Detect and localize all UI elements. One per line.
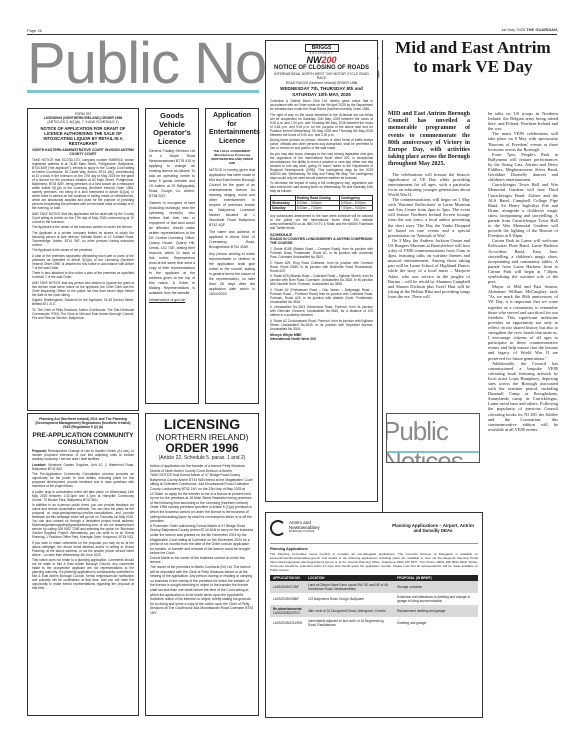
table-row: Saturday 9.00am – 7.00pm 7.00pm – 9.00pm (271, 206, 373, 211)
masthead: 1st May 2025 THE GUARDIAN, (501, 27, 558, 32)
application-number: LA03/2025/0211/RM (270, 617, 305, 629)
paragraph: On 3 May, the Andrew Jackson Centre and … (388, 238, 470, 299)
publication-name: THE GUARDIAN, (526, 27, 558, 32)
paragraph: Carrickfergus Town Hall and War Memorial… (488, 182, 558, 238)
banner-underline (387, 451, 480, 453)
paragraph: The name and address of applicant is Ale… (209, 230, 255, 250)
application-proposal: Replacement dwelling and garage (394, 605, 478, 617)
paragraph: As you may also know, changes to the roa… (270, 152, 373, 180)
paragraph: A public drop-in consultation event will… (32, 490, 134, 502)
application-proposal: Storage container (394, 581, 478, 593)
paragraph: TAKE NOTICE that SCOSA LTD, company numb… (32, 158, 134, 210)
article-column-1: MID and East Antrim Borough Council has … (388, 111, 470, 411)
roads-list: 1. Route B185 (Station Road – Cromore Ro… (270, 247, 373, 331)
paragraph: In addition to an in-person public event… (32, 503, 134, 539)
paragraph: AND TAKE NOTICE that any person who wish… (32, 281, 134, 297)
paragraph: TAKE NOTICE that Donna Martin of 47 Brid… (150, 473, 254, 524)
notice-heading: Planning Applications – Airport, Antrim … (388, 523, 478, 534)
paragraph: This notice does not relate to a plannin… (32, 558, 134, 590)
paragraph: NOTICE is hereby given that application … (209, 168, 255, 228)
time-cell: 9.00am – 7.00pm (295, 206, 339, 211)
table-row: Wednesday 9.00am – 3.00pm 5.00pm – 9.00p… (271, 201, 373, 206)
paragraph: To decrease the impact of using a full c… (270, 181, 373, 193)
paragraph: Any subsequent amendment to the race wee… (270, 214, 373, 230)
nw200-logo: NW200 (270, 55, 373, 65)
paragraph: AND TAKE NOTICE that this application wi… (32, 212, 134, 224)
closing-times-table: Existing Road Closing Contingency Wednes… (270, 195, 373, 211)
paragraph: The Pre-Application Community Consultati… (32, 472, 134, 488)
road-item: 3. Route A29 (Atlantic Road – Coleraine … (270, 274, 373, 286)
notice-heading: LICENSING (150, 417, 254, 432)
court-division: NORTH EASTERN ADMINISTRATIVE COURT DIVIS… (32, 148, 134, 156)
licence-transfer-notice: LICENSING (NORTHERN IRELAND) ORDER 1996 … (145, 413, 259, 716)
public-notices-banner: Public Notices (386, 413, 480, 463)
planning-applications-notice: Antrim and Newtownabbey BOROUGH COUNCIL … (265, 512, 483, 718)
time-cell: 7.00pm – 9.00pm (339, 206, 372, 211)
column-divider (382, 40, 383, 530)
paragraph: Additionally, the Council has commission… (488, 361, 558, 432)
paragraph: Coleraine & District Motor Club Ltd. her… (270, 99, 373, 111)
race-dates: WEDNESDAY 7th, THURSDAY 8th and SATURDAY… (270, 86, 373, 97)
act-title: Planning Act (Northern Ireland) 2011 and… (32, 417, 134, 429)
applications-table: APPLICATION NO LOCATION PROPOSAL (IN BRI… (270, 575, 478, 629)
paragraph: From 7pm, People's Park in Ballymena wil… (488, 152, 558, 183)
banner-title: Public Notices (386, 416, 479, 463)
article-column-2: be talks on US troops in Northern Irelan… (488, 111, 558, 671)
paragraph: The Applicant is a private company limit… (32, 231, 134, 247)
notice-heading: NOTICE OF CLOSING OF ROADS (270, 65, 373, 72)
article-reference: (Article 22, Schedule 5. paras. 1 and 2) (150, 455, 254, 462)
paragraph: The Applicant is the owner of the premis… (32, 248, 134, 252)
road-item: 6. Route A2 Crocknamack Road, Portrush, … (270, 319, 373, 331)
goods-vehicle-notice: Goods Vehicle Operator's Licence General… (145, 108, 199, 404)
road-item: 4. Route A2 (Portstewart Road – Dhu Varr… (270, 288, 373, 304)
paragraph: A plan of the premises separately deline… (32, 254, 134, 270)
column-header: APPLICATION NO (270, 575, 305, 581)
intro-text: The Planning Committee meets monthly to … (270, 552, 478, 572)
road-closure-notice: BRIGGS EQUIPMENT NW200 NOTICE OF CLOSING… (265, 40, 378, 502)
paragraph: The owner of the premises is Martin Cont… (150, 565, 254, 616)
table-row: LA03/2025/0178/F Land at Gibson Sales Fa… (270, 581, 478, 593)
council-emblem-icon (270, 520, 286, 536)
pre-application-notice: Planning Act (Northern Ireland) 2011 and… (27, 413, 139, 716)
council-logo: Antrim and Newtownabbey BOROUGH COUNCIL (270, 520, 320, 536)
article-lead: MID and East Antrim Borough Council has … (388, 111, 470, 169)
table-row: LA03/2025/0088/F 119 Ballymena Road, Dou… (270, 593, 478, 605)
paragraph: During these periods no person, vehicles… (270, 138, 373, 150)
paragraph: A Protection Order authorising Donna Mar… (150, 524, 254, 556)
logo-part: NW (306, 55, 321, 65)
road-item: 2. Route A29, Ring Road Coleraine, from … (270, 261, 373, 273)
application-location: Immediately adjacent to and north of 16 … (305, 617, 394, 629)
notice-heading: Goods Vehicle Operator's Licence (149, 112, 195, 146)
road-item: 5. Unclassified No.3303 Glenmanus Road, … (270, 305, 373, 317)
articles: (ARTICLES 2, 5(1)(b), 7, 9 AND SCHEDULE … (32, 120, 134, 124)
application-proposal: Extension and alterations to dwelling an… (394, 593, 478, 605)
application-number: LA03/2025/0207/O (273, 611, 300, 615)
paragraph: The right of way on the roads described … (270, 113, 373, 137)
paragraph: The commemorations will begin on 1 May w… (388, 197, 470, 238)
entertainments-licence-notice: Application for Entertainments Licence T… (205, 108, 259, 404)
race-name: INTERNATIONAL NORTH WEST '200' MOTOR CYC… (270, 72, 373, 80)
order-year: ORDER 1996 (150, 442, 254, 455)
application-location: Land at Gibson Sales Farm Lands SW, SE a… (305, 581, 394, 593)
liquor-licence-notice: FORM 297 LICENSING (NORTHERN IRELAND) OR… (27, 108, 139, 411)
paragraph: Curran Park in Larne will welcome Kellsw… (488, 238, 558, 284)
application-number: LA03/2025/0178/F (270, 581, 305, 593)
schedule-subheading: ROADS IN COUNTIES LONDONDERRY & ANTRIM C… (270, 237, 373, 245)
notice-heading: NOTICE OF APPLICATION FOR GRANT OF LICEN… (32, 126, 134, 146)
website-link[interactable]: infrastructure-ni.gov.uk/ (149, 298, 195, 303)
order-title: ROAD RACES (Northern Ireland) ORDER 1986 (270, 81, 373, 85)
paragraph: There is also attached to this notice a … (32, 271, 134, 279)
notice-heading: Application for Entertainments Licence (209, 112, 255, 146)
paragraph: General Trading Services Ltd of 4 Moyle … (149, 149, 195, 199)
notice-heading: PRE-APPLICATION COMMUNITY CONSULTATION (32, 432, 134, 446)
logo-part: 200 (321, 55, 336, 65)
paragraph: The celebrations will honour the histori… (388, 172, 470, 197)
table-row: LA03/2025/0211/RM Immediately adjacent t… (270, 617, 478, 629)
article-headline: Mid and East Antrim to mark VE Day (388, 39, 558, 76)
act-title: THE LOCAL GOVERNMENT (Miscellaneous Prov… (209, 149, 255, 165)
proposal: Retrospective Change of Use to Garden Ce… (32, 449, 134, 461)
application-number: LA03/2025/0088/F (270, 593, 305, 605)
application-location: 119 Ballymena Road, Dough, Ballyclare (305, 593, 394, 605)
solicitors: Worthingtons, Solicitors for the Applica… (32, 298, 134, 306)
paragraph: If you wish to make comments on the prop… (32, 541, 134, 557)
section-title-underline (27, 90, 259, 93)
table-row: Re-advertisementsLA03/2025/0207/O 48m no… (270, 605, 478, 617)
paragraph: Donna Martin is the owner of the busines… (150, 556, 254, 565)
application-proposal: Dwelling and garage (394, 617, 478, 629)
paragraph: Any person wishing to make representatio… (209, 252, 255, 297)
paragraph: Notice of application for the transfer o… (150, 464, 254, 473)
paragraph: be talks on US troops in Northern Irelan… (488, 111, 558, 131)
paragraph: Owners or occupiers of land (including b… (149, 201, 195, 296)
paragraph: The Applicant is the owner of the busine… (32, 225, 134, 229)
day-cell: Saturday (271, 206, 296, 211)
sponsor-logo: BRIGGS (305, 44, 339, 52)
paragraph: The main VE80 celebrations will take pla… (488, 131, 558, 151)
council-type: BOROUGH COUNCIL (289, 530, 320, 535)
location: Montrose Garden Supplies, Unit A7, 2 Wat… (32, 463, 134, 471)
application-location: 48m north of 31 Dungonnell Road, Aldergr… (305, 605, 394, 617)
issue-date: 1st May 2025 (501, 27, 525, 32)
signatory-org: International North West 200 (270, 337, 373, 341)
paragraph: Mayor of Mid and East Antrim, Alderman W… (488, 284, 558, 360)
recipient: Fire and Rescue Service, Ballymena (32, 316, 84, 320)
road-item: 1. Route B185 (Station Road – Cromore Ro… (270, 247, 373, 259)
